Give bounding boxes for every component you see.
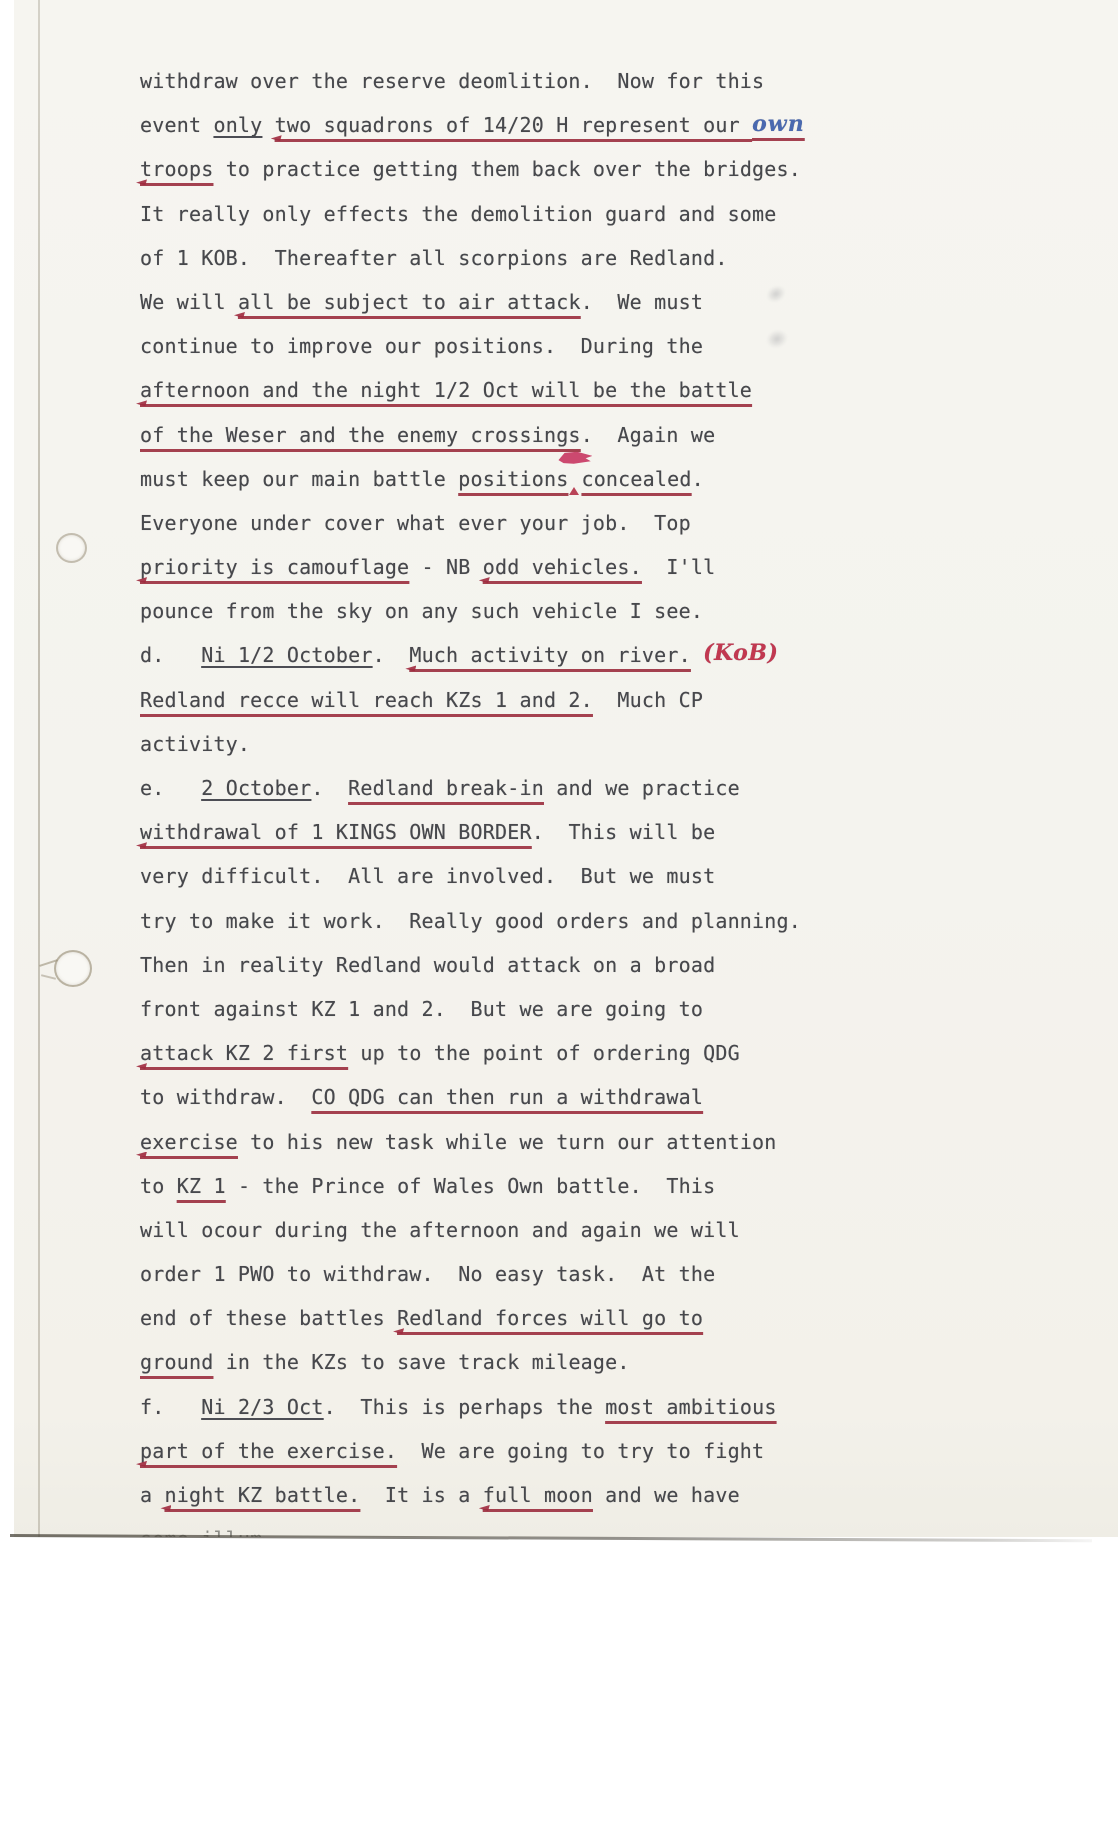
text-segment: exercise bbox=[140, 1130, 238, 1154]
text-segment: to his new task while we turn our attent… bbox=[238, 1130, 777, 1154]
insertion-caret-icon bbox=[568, 466, 581, 486]
text-segment: in the KZs to save track mileage. bbox=[213, 1350, 629, 1374]
text-line: continue to improve our positions. Durin… bbox=[140, 324, 1080, 368]
text-segment: night KZ battle. bbox=[164, 1483, 360, 1507]
text-segment: We will bbox=[140, 290, 238, 314]
text-segment: . This will be bbox=[532, 820, 716, 844]
text-segment: Then in reality Redland would attack on … bbox=[140, 953, 715, 977]
text-line: attack KZ 2 first up to the point of ord… bbox=[140, 1031, 1080, 1075]
text-segment: e. bbox=[140, 776, 201, 800]
text-segment: part of the exercise. bbox=[140, 1439, 397, 1463]
text-line: try to make it work. Really good orders … bbox=[140, 899, 1080, 943]
text-line: withdraw over the reserve deomlition. No… bbox=[140, 59, 1080, 103]
text-segment bbox=[691, 643, 703, 667]
text-line: of 1 KOB. Thereafter all scorpions are R… bbox=[140, 236, 1080, 280]
text-segment: . This is perhaps the bbox=[324, 1395, 606, 1419]
text-line: very difficult. All are involved. But we… bbox=[140, 854, 1080, 898]
text-segment: Everyone under cover what ever your job.… bbox=[140, 511, 691, 535]
text-line: to withdraw. CO QDG can then run a withd… bbox=[140, 1075, 1080, 1119]
text-segment: positions bbox=[458, 467, 568, 491]
text-segment: withdraw over the reserve deomlition. No… bbox=[140, 69, 764, 93]
text-line: event only two squadrons of 14/20 H repr… bbox=[140, 103, 1080, 147]
text-line: e. 2 October. Redland break-in and we pr… bbox=[140, 766, 1080, 810]
text-line: We will all be subject to air attack. We… bbox=[140, 280, 1080, 324]
text-segment: front against KZ 1 and 2. But we are goi… bbox=[140, 997, 703, 1021]
text-line: f. Ni 2/3 Oct. This is perhaps the most … bbox=[140, 1385, 1080, 1429]
text-segment: priority is camouflage bbox=[140, 555, 409, 579]
text-segment: . We must bbox=[581, 290, 703, 314]
text-segment: It really only effects the demolition gu… bbox=[140, 202, 777, 226]
text-line: end of these battles Redland forces will… bbox=[140, 1296, 1080, 1340]
text-segment: ground bbox=[140, 1350, 213, 1374]
text-segment: must keep our main battle bbox=[140, 467, 458, 491]
punch-hole-bottom bbox=[54, 950, 92, 987]
text-segment: end of these battles bbox=[140, 1306, 397, 1330]
handwritten-annotation-kob: (KoB) bbox=[703, 640, 778, 666]
text-segment: afternoon and the night 1/2 Oct will be … bbox=[140, 378, 752, 402]
text-segment: We are going to try to fight bbox=[397, 1439, 764, 1463]
text-line: Then in reality Redland would attack on … bbox=[140, 943, 1080, 987]
text-segment: . bbox=[373, 643, 410, 667]
text-segment: to withdraw. bbox=[140, 1085, 311, 1109]
text-segment: It is a bbox=[360, 1483, 482, 1507]
typed-text-block: withdraw over the reserve deomlition. No… bbox=[140, 59, 1080, 1537]
text-line: exercise to his new task while we turn o… bbox=[140, 1120, 1080, 1164]
text-line: to KZ 1 - the Prince of Wales Own battle… bbox=[140, 1164, 1080, 1208]
text-segment: Much activity on river. bbox=[409, 643, 691, 667]
text-segment: of 1 KOB. Thereafter all scorpions are R… bbox=[140, 246, 728, 270]
text-line: some illum bbox=[140, 1517, 1080, 1537]
text-line: of the Weser and the enemy crossings. Ag… bbox=[140, 413, 1080, 457]
text-segment: of the Weser and the enemy crossings bbox=[140, 423, 581, 447]
punch-hole-top bbox=[56, 533, 87, 563]
text-line: front against KZ 1 and 2. But we are goi… bbox=[140, 987, 1080, 1031]
text-segment: two squadrons of 14/20 H represent our bbox=[275, 113, 752, 137]
text-line: afternoon and the night 1/2 Oct will be … bbox=[140, 368, 1080, 412]
text-segment: a bbox=[140, 1483, 164, 1507]
text-line: withdrawal of 1 KINGS OWN BORDER. This w… bbox=[140, 810, 1080, 854]
text-segment: f. bbox=[140, 1395, 201, 1419]
text-line: activity. bbox=[140, 722, 1080, 766]
text-line: a night KZ battle. It is a full moon and… bbox=[140, 1473, 1080, 1517]
text-line: Everyone under cover what ever your job.… bbox=[140, 501, 1080, 545]
text-segment: 2 October bbox=[201, 776, 311, 800]
text-segment: Redland forces will go to bbox=[397, 1306, 703, 1330]
text-segment: only bbox=[213, 113, 262, 137]
paper-sheet: withdraw over the reserve deomlition. No… bbox=[14, 0, 1118, 1537]
text-segment: very difficult. All are involved. But we… bbox=[140, 864, 715, 888]
text-segment: all be subject to air attack bbox=[238, 290, 581, 314]
text-line: d. Ni 1/2 October. Much activity on rive… bbox=[140, 633, 1080, 677]
text-segment: troops bbox=[140, 157, 213, 181]
text-segment: I'll bbox=[642, 555, 715, 579]
text-segment: concealed bbox=[581, 467, 691, 491]
text-segment: continue to improve our positions. Durin… bbox=[140, 334, 703, 358]
text-segment: pounce from the sky on any such vehicle … bbox=[140, 599, 703, 623]
text-line: troops to practice getting them back ove… bbox=[140, 147, 1080, 191]
punch-hole-tear bbox=[41, 974, 56, 980]
text-line: Redland recce will reach KZs 1 and 2. Mu… bbox=[140, 678, 1080, 722]
text-line: pounce from the sky on any such vehicle … bbox=[140, 589, 1080, 633]
text-segment: CO QDG can then run a withdrawal bbox=[311, 1085, 703, 1109]
text-line: order 1 PWO to withdraw. No easy task. A… bbox=[140, 1252, 1080, 1296]
text-segment: full moon bbox=[483, 1483, 593, 1507]
text-segment: and we have bbox=[593, 1483, 740, 1507]
text-segment: to practice getting them back over the b… bbox=[213, 157, 801, 181]
text-segment: will ocour during the afternoon and agai… bbox=[140, 1218, 740, 1242]
text-segment: try to make it work. Really good orders … bbox=[140, 909, 801, 933]
text-segment: Redland break-in bbox=[348, 776, 544, 800]
text-line: priority is camouflage - NB odd vehicles… bbox=[140, 545, 1080, 589]
text-segment: - the Prince of Wales Own battle. This bbox=[226, 1174, 716, 1198]
text-segment: to bbox=[140, 1174, 177, 1198]
text-segment: Ni 1/2 October bbox=[201, 643, 372, 667]
text-line: ground in the KZs to save track mileage. bbox=[140, 1340, 1080, 1384]
text-segment: attack KZ 2 first bbox=[140, 1041, 348, 1065]
text-segment: . Again we bbox=[581, 423, 716, 447]
text-segment: Ni 2/3 Oct bbox=[201, 1395, 323, 1419]
text-segment: d. bbox=[140, 643, 201, 667]
text-segment: order 1 PWO to withdraw. No easy task. A… bbox=[140, 1262, 715, 1286]
text-segment: event bbox=[140, 113, 213, 137]
text-line: will ocour during the afternoon and agai… bbox=[140, 1208, 1080, 1252]
handwritten-annotation-own: own bbox=[752, 111, 805, 137]
text-line: It really only effects the demolition gu… bbox=[140, 192, 1080, 236]
text-line: part of the exercise. We are going to tr… bbox=[140, 1429, 1080, 1473]
text-segment: odd vehicles. bbox=[483, 555, 642, 579]
text-segment: up to the point of ordering QDG bbox=[348, 1041, 740, 1065]
text-segment: - NB bbox=[409, 555, 482, 579]
page-crease bbox=[38, 0, 40, 1537]
text-segment: most ambitious bbox=[605, 1395, 776, 1419]
text-segment: Redland recce will reach KZs 1 and 2. bbox=[140, 688, 593, 712]
text-segment: withdrawal of 1 KINGS OWN BORDER bbox=[140, 820, 532, 844]
text-segment: and we practice bbox=[544, 776, 740, 800]
text-segment bbox=[262, 113, 274, 137]
text-segment: Much CP bbox=[593, 688, 703, 712]
text-line: must keep our main battle positionsconce… bbox=[140, 457, 1080, 501]
text-segment: . bbox=[692, 467, 704, 491]
text-segment: . bbox=[311, 776, 348, 800]
text-segment: KZ 1 bbox=[177, 1174, 226, 1198]
text-segment: activity. bbox=[140, 732, 250, 756]
